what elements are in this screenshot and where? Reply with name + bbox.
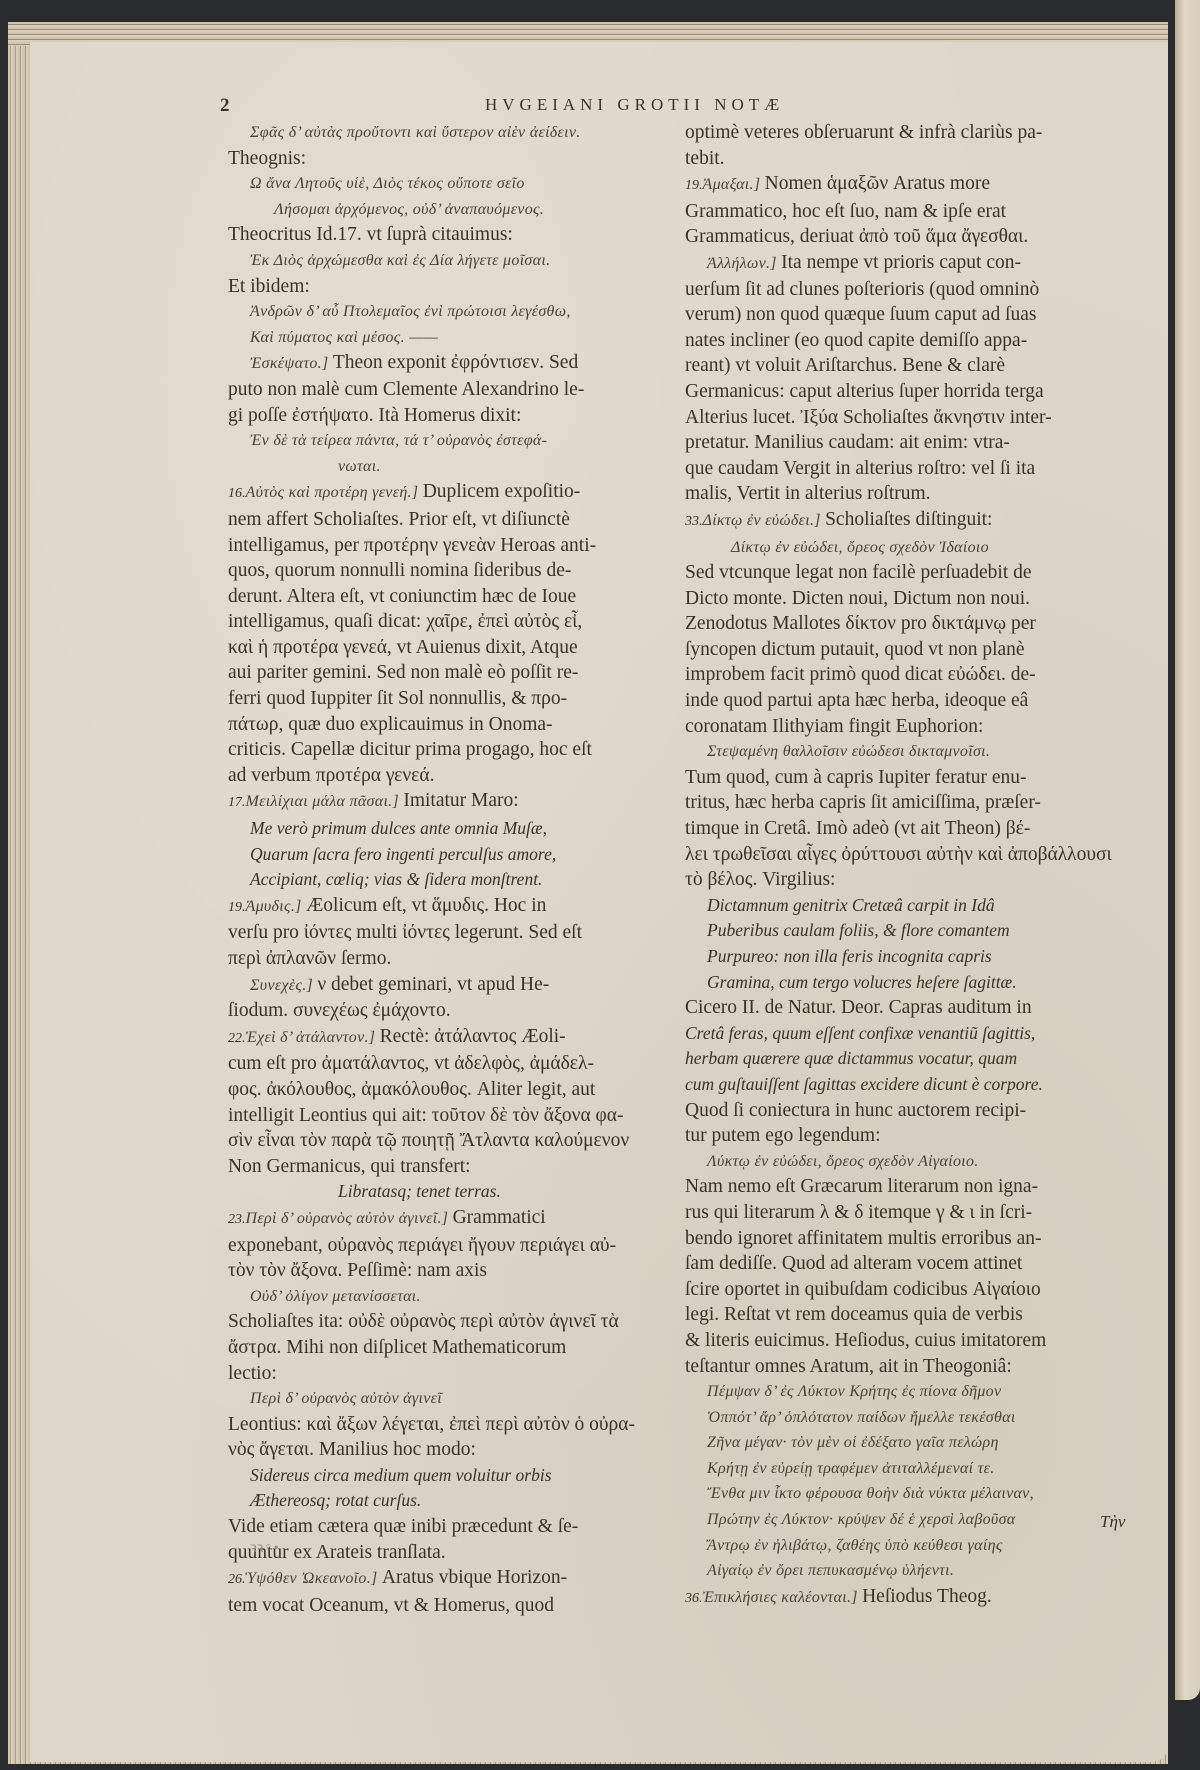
- note-number: 19.: [685, 178, 703, 193]
- text-line: ad verbum προτέρα γενεά.: [228, 763, 670, 789]
- lemma: Μειλίχιαι μάλα πᾶσαι.]: [246, 793, 404, 810]
- text-line: Theognis:: [228, 146, 670, 172]
- commentary-text: Æolicum eſt, vt ἅμυδις. Hoc in: [306, 895, 546, 916]
- text-line: Ἐν δὲ τὰ τείρεα πάντα, τά τ’ οὐρανὸς ἐστ…: [228, 428, 670, 454]
- text-line: tur putem ego legendum:: [685, 1123, 1127, 1149]
- text-line: optimè veteres obſeruarunt & infrà clari…: [685, 120, 1127, 146]
- text-line: Ἔνθα μιν ἷκτο φέρουσα θοὴν διὰ νύκτα μέλ…: [685, 1481, 1127, 1507]
- text-line: criticis. Capellæ dicitur prima progago,…: [228, 737, 670, 763]
- text-line: Dicto monte. Dicten noui, Dictum non nou…: [685, 586, 1127, 612]
- text-line: tebit.: [685, 146, 1127, 172]
- catchword: Tὴν: [1100, 1512, 1125, 1532]
- text-line: Λήσομαι ἀρχόμενος, οὐδ’ ἀναπαυόμενος.: [228, 197, 670, 223]
- note-number: 22.: [228, 1031, 246, 1046]
- text-line: tritus, hæc herba capris ſit amiciſſima,…: [685, 790, 1127, 816]
- text-line: intelligamus, quaſi dicat: χαῖρε, ἐπεὶ α…: [228, 609, 670, 635]
- text-line: νωται.: [228, 454, 670, 480]
- text-line: intelligit Leontius qui ait: τοῦτον δὲ τ…: [228, 1103, 670, 1129]
- page-number: 2: [220, 95, 230, 117]
- text-line: que caudam Vergit in alterius roſtro: ve…: [685, 456, 1127, 482]
- text-line: quuntur ex Arateis tranſlata.: [228, 1540, 670, 1566]
- text-line: lectio:: [228, 1361, 670, 1387]
- left-column: Σφᾶς δ’ αὐτὰς προὔτοντι καὶ ὕστερον αἰὲν…: [228, 120, 670, 1618]
- text-line: Quarum ſacra fero ingenti perculſus amor…: [228, 842, 670, 868]
- text-line: ſcire oportet in quibuſdam codicibus Αἰγ…: [685, 1277, 1127, 1303]
- text-line: Λύκτῳ ἐν εὐώδει, ὄρεος σχεδὸν Αἰγαίοιο.: [685, 1149, 1127, 1175]
- text-line: legi. Reſtat vt rem doceamus quia de ver…: [685, 1302, 1127, 1328]
- text-line: Æthereosq; rotat curſus.: [228, 1488, 670, 1514]
- text-line: teſtantur omnes Aratum, ait in Theogoniâ…: [685, 1354, 1127, 1380]
- text-line: Δίκτῳ ἐν εὐώδει, ὄρεος σχεδὸν Ἰδαίοιο: [685, 535, 1127, 561]
- text-line: inde quod partui apta hæc herba, ideoque…: [685, 688, 1127, 714]
- text-line: malis, Vertit in alterius roſtrum.: [685, 481, 1127, 507]
- text-line: Ἄντρῳ ἐν ἠλιβάτῳ, ζαθέης ὑπὸ κεύθεσι γαί…: [685, 1533, 1127, 1559]
- lemma: Ἐσκέψατο.]: [250, 355, 333, 372]
- text-line: Germanicus: caput alterius ſuper horrida…: [685, 379, 1127, 405]
- note-number: 16.: [228, 486, 246, 501]
- lemma: Συνεχὲς.]: [250, 977, 317, 994]
- commentary-text: Duplicem expoſitio-: [423, 481, 581, 502]
- text-line: tem vocat Oceanum, vt & Homerus, quod: [228, 1593, 670, 1619]
- text-line: 22.Ἐχεὶ δ’ ἀτάλαντον.] Rectè: ἀτάλαντος …: [228, 1024, 670, 1052]
- text-line: Theocritus Id.17. vt ſuprà citauimus:: [228, 222, 670, 248]
- text-line: nates incliner (eo quod capite demiſſo a…: [685, 328, 1127, 354]
- text-line: Gramina, cum tergo volucres heſere ſagit…: [685, 970, 1127, 996]
- text-line: uerſum ſit ad clunes poſterioris (quod o…: [685, 277, 1127, 303]
- text-line: Et ibidem:: [228, 274, 670, 300]
- text-line: Grammaticus, deriuat ἀπὸ τοῦ ἅμα ἄγεσθαι…: [685, 224, 1127, 250]
- lemma: Ὑψόθεν Ὠκεανοῖο.]: [246, 1570, 382, 1587]
- text-line: Accipiant, cœliq; vias & ſidera monſtren…: [228, 867, 670, 893]
- lemma: Περὶ δ’ οὐρανὸς αὐτὸν ἀγινεῖ.]: [246, 1210, 453, 1227]
- text-line: & literis euicimus. Heſiodus, cuius imit…: [685, 1328, 1127, 1354]
- text-line: puto non malè cum Clemente Alexandrino l…: [228, 377, 670, 403]
- text-line: 19.Ἀμαξαι.] Nomen ἁμαξῶν Aratus more: [685, 171, 1127, 199]
- text-line: Περὶ δ’ οὐρανὸς αὐτὸν ἀγινεῖ: [228, 1386, 670, 1412]
- text-line: Grammatico, hoc eſt ſuo, nam & ipſe erat: [685, 199, 1127, 225]
- text-line: Συνεχὲς.] ν debet geminari, vt apud He-: [228, 972, 670, 999]
- text-line: verum) non quod quæque ſuum caput ad ſua…: [685, 302, 1127, 328]
- note-number: 19.: [228, 900, 246, 915]
- text-line: reant) vt voluit Ariſtarchus. Bene & cla…: [685, 353, 1127, 379]
- text-line: Ἐσκέψατο.] Theon exponit ἐφρόντισεν. Sed: [228, 350, 670, 377]
- text-line: cum eſt pro ἀματάλαντος, vt ἀδελφὸς, ἀμά…: [228, 1051, 670, 1077]
- text-line: exponebant, οὐρανὸς περιάγει ἤγουν περιά…: [228, 1233, 670, 1259]
- text-line: aui pariter gemini. Sed non malè eò poſſ…: [228, 660, 670, 686]
- text-line: Nam nemo eſt Græcarum literarum non igna…: [685, 1174, 1127, 1200]
- lemma: Ἐχεὶ δ’ ἀτάλαντον.]: [246, 1029, 380, 1046]
- text-line: Πρώτην ἐς Λύκτον· κρύψεν δέ ἑ χερσὶ λαβο…: [685, 1507, 1127, 1533]
- book-gutter: [1175, 0, 1200, 1700]
- text-line: τὸ βέλος. Virgilius:: [685, 867, 1127, 893]
- right-column: optimè veteres obſeruarunt & infrà clari…: [685, 120, 1127, 1611]
- commentary-text: Grammatici: [453, 1207, 546, 1228]
- text-line: ſiodum. συνεχέως ἐμάχοντο.: [228, 998, 670, 1024]
- lemma: Ἀλλήλων.]: [707, 255, 781, 272]
- text-line: ἄστρα. Mihi non diſplicet Mathematicorum: [228, 1335, 670, 1361]
- text-line: Οὐδ’ ὀλίγον μετανίσσεται.: [228, 1284, 670, 1310]
- text-line: verſu pro ἰόντες multi ἰόντες legerunt. …: [228, 920, 670, 946]
- text-line: περὶ ἀπλανῶν ſermo.: [228, 946, 670, 972]
- text-line: cum guſtauiſſent ſagittas excidere dicun…: [685, 1072, 1127, 1098]
- text-line: 36.Ἐπικλήσιες καλέονται.] Heſiodus Theog…: [685, 1584, 1127, 1612]
- text-line: gi poſſe ἐστήψατο. Ità Homerus dixit:: [228, 403, 670, 429]
- text-line: Puberibus caulam foliis, & flore comante…: [685, 918, 1127, 944]
- text-line: νὸς ἄγεται. Manilius hoc modo:: [228, 1437, 670, 1463]
- text-line: 17.Μειλίχιαι μάλα πᾶσαι.] Imitatur Maro:: [228, 788, 670, 816]
- text-line: Αἰγαίῳ ἐν ὄρει πεπυκασμένῳ ὑλήεντι.: [685, 1558, 1127, 1584]
- text-line: σὶν εἶναι τὸν παρὰ τῷ ποιητῇ Ἄτλαντα καλ…: [228, 1128, 670, 1154]
- note-number: 36.: [685, 1591, 703, 1606]
- text-line: Cicero II. de Natur. Deor. Capras auditu…: [685, 995, 1127, 1021]
- text-line: Tum quod, cum à capris Iupiter feratur e…: [685, 765, 1127, 791]
- commentary-text: ν debet geminari, vt apud He-: [317, 974, 549, 995]
- running-title: HVGEIANI GROTII NOTÆ: [485, 95, 784, 115]
- note-number: 33.: [685, 514, 703, 529]
- text-line: nem affert Scholiaſtes. Prior eſt, vt di…: [228, 507, 670, 533]
- text-line: intelligamus, per προτέρην γενεὰν Heroas…: [228, 533, 670, 559]
- text-line: 19.Ἀμυδις.] Æolicum eſt, vt ἅμυδις. Hoc …: [228, 893, 670, 921]
- lemma: Δίκτῳ ἐν εὐώδει.]: [703, 512, 826, 529]
- commentary-text: Theon exponit ἐφρόντισεν. Sed: [333, 352, 578, 373]
- text-line: Non Germanicus, qui transfert:: [228, 1154, 670, 1180]
- text-line: Sed vtcunque legat non facilè perſuadebi…: [685, 560, 1127, 586]
- commentary-text: Imitatur Maro:: [403, 790, 518, 811]
- text-line: Zenodotus Mallotes δίκτον pro δικτάμνῳ p…: [685, 611, 1127, 637]
- text-line: quos, quorum nonnulli nomina ſideribus d…: [228, 558, 670, 584]
- text-line: Σφᾶς δ’ αὐτὰς προὔτοντι καὶ ὕστερον αἰὲν…: [228, 120, 670, 146]
- text-line: derunt. Altera eſt, vt coniunctim hæc de…: [228, 584, 670, 610]
- text-line: herbam quærere quæ dictammus vocatur, qu…: [685, 1046, 1127, 1072]
- text-line: 26.Ὑψόθεν Ὠκεανοῖο.] Aratus vbique Horiz…: [228, 1565, 670, 1593]
- text-line: 16.Αὐτὸς καὶ προτέρη γενεή.] Duplicem ex…: [228, 479, 670, 507]
- text-line: φος. ἀκόλουθος, ἀμακόλουθος. Aliter legi…: [228, 1077, 670, 1103]
- text-line: Ἀνδρῶν δ’ αὖ Πτολεμαῖος ἐνὶ πρώτοισι λεγ…: [228, 299, 670, 325]
- text-line: Leontius: καὶ ἄξων λέγεται, ἐπεὶ περὶ αὐ…: [228, 1412, 670, 1438]
- lemma: Ἐπικλήσιες καλέονται.]: [703, 1589, 863, 1606]
- text-line: Sidereus circa medium quem voluitur orbi…: [228, 1463, 670, 1489]
- text-line: coronatam Ilithyiam fingit Euphorion:: [685, 714, 1127, 740]
- text-line: 23.Περὶ δ’ οὐρανὸς αὐτὸν ἀγινεῖ.] Gramma…: [228, 1205, 670, 1233]
- text-line: καὶ ἡ προτέρα γενεά, vt Auienus dixit, A…: [228, 635, 670, 661]
- lemma: Ἀμαξαι.]: [703, 176, 765, 193]
- text-line: Στεψαμένη θαλλοῖσιν εὐώδεσι δικταμνοῖσι.: [685, 739, 1127, 765]
- text-line: πάτωρ, quæ duo explicauimus in Onoma-: [228, 712, 670, 738]
- text-line: Ζῆνα μέγαν· τὸν μὲν οἱ ἐδέξατο γαῖα πελώ…: [685, 1430, 1127, 1456]
- note-number: 23.: [228, 1212, 246, 1227]
- commentary-text: Nomen ἁμαξῶν Aratus more: [765, 173, 990, 194]
- text-line: improbem facit primò quod dicat εὐώδει. …: [685, 662, 1127, 688]
- text-line: Scholiaſtes ita: οὐδὲ οὐρανὸς περὶ αὐτὸν…: [228, 1309, 670, 1335]
- text-line: Quod ſi coniectura in hunc auctorem reci…: [685, 1098, 1127, 1124]
- text-line: τὸν τὸν ἄξονα. Peſſimè: nam axis: [228, 1258, 670, 1284]
- text-line: Purpureo: non illa feris incognita capri…: [685, 944, 1127, 970]
- commentary-text: Aratus vbique Horizon-: [382, 1567, 567, 1588]
- text-line: Κρήτῃ ἐν εὐρείῃ τραφέμεν ἀτιταλλέμεναί τ…: [685, 1456, 1127, 1482]
- text-line: ferri quod Iuppiter ſit Sol nonnullis, &…: [228, 686, 670, 712]
- text-line: pretatur. Manilius caudam: ait enim: vtr…: [685, 430, 1127, 456]
- text-line: timque in Cretâ. Imò adeò (vt ait Theon)…: [685, 816, 1127, 842]
- text-line: Ἀλλήλων.] Ita nempe vt prioris caput con…: [685, 250, 1127, 277]
- text-line: 33.Δίκτῳ ἐν εὐώδει.] Scholiaſtes diſting…: [685, 507, 1127, 535]
- text-line: Cretâ feras, quum eſſent confixæ venanti…: [685, 1021, 1127, 1047]
- text-line: bendo ignoret affinitatem multis errorib…: [685, 1226, 1127, 1252]
- commentary-text: Heſiodus Theog.: [862, 1586, 992, 1607]
- text-line: Dictamnum genitrix Cretæâ carpit in Idâ: [685, 893, 1127, 919]
- text-line: Ὁππότ’ ἄρ’ ὁπλότατον παίδων ἤμελλε τεκέσ…: [685, 1405, 1127, 1431]
- commentary-text: Ita nempe vt prioris caput con-: [781, 252, 1021, 273]
- text-line: Alterius lucet. Ἰξύα Scholiaſtes ἄκνηστι…: [685, 405, 1127, 431]
- text-line: Ω ἄνα Λητοῦς υἱὲ, Διὸς τέκος οὔποτε σεῖο: [228, 171, 670, 197]
- note-number: 26.: [228, 1572, 246, 1587]
- text-line: λει τρωθεῖσαι αἶγες ὀρύττουσι αὐτὴν καὶ …: [685, 842, 1127, 868]
- text-line: rus qui literarum λ & δ itemque γ & ι in…: [685, 1200, 1127, 1226]
- text-line: Libratasq; tenet terras.: [228, 1179, 670, 1205]
- lemma: Ἀμυδις.]: [246, 898, 306, 915]
- text-line: Ἐκ Διὸς ἀρχώμεσθα καὶ ἐς Δία λήγετε μοῖσ…: [228, 248, 670, 274]
- commentary-text: Rectè: ἀτάλαντος Æoli-: [380, 1026, 566, 1047]
- text-line: Καὶ πύματος καὶ μέσος. ——: [228, 325, 670, 351]
- text-line: Me verò primum dulces ante omnia Muſæ,: [228, 816, 670, 842]
- text-line: Πέμψαν δ’ ἐς Λύκτον Κρήτης ἐς πίονα δῆμο…: [685, 1379, 1127, 1405]
- text-line: ſam dediſſe. Quod ad alteram vocem attin…: [685, 1251, 1127, 1277]
- note-number: 17.: [228, 795, 246, 810]
- text-line: Vide etiam cætera quæ inibi præcedunt & …: [228, 1514, 670, 1540]
- lemma: Αὐτὸς καὶ προτέρη γενεή.]: [246, 484, 423, 501]
- text-line: ſyncopen dictum putauit, quod vt non pla…: [685, 637, 1127, 663]
- ink-smudge: ꝛꝛ♀•: [250, 1538, 279, 1557]
- commentary-text: Scholiaſtes diſtinguit:: [825, 509, 992, 530]
